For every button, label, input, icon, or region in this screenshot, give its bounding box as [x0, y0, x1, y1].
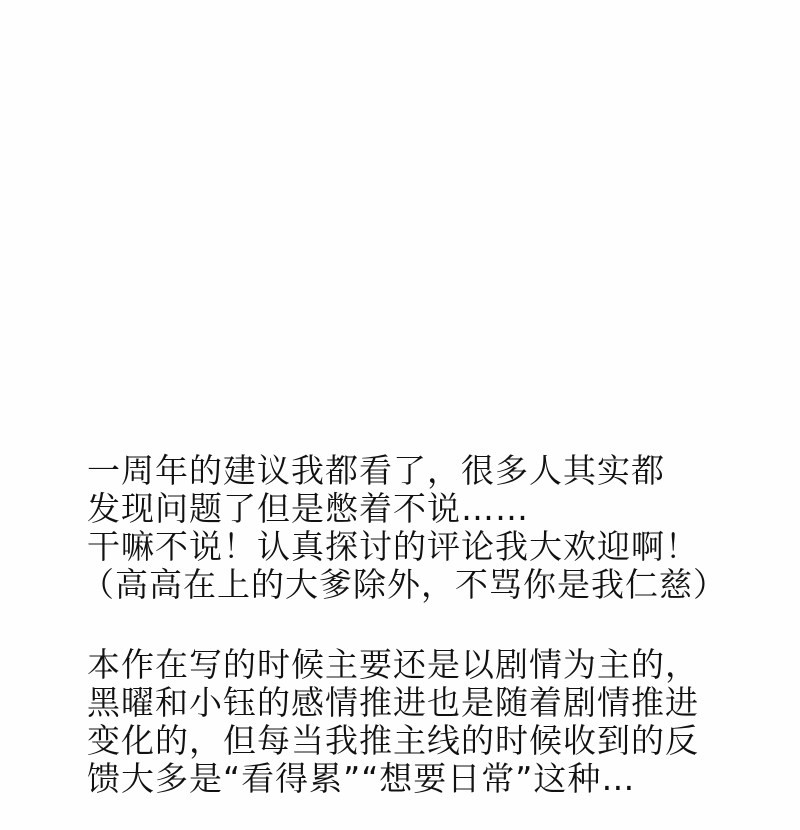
text-line: （高高在上的大爹除外，不骂你是我仁慈）: [81, 566, 787, 604]
paragraph-story-focus: 本作在写的时候主要还是以剧情为主的， 黑曜和小钰的感情推进也是随着剧情推进 变化…: [87, 646, 787, 798]
text-line: 发现问题了但是憋着不说……: [87, 490, 787, 528]
text-line: 一周年的建议我都看了，很多人其实都: [87, 452, 787, 490]
text-line: 本作在写的时候主要还是以剧情为主的，: [87, 646, 787, 684]
text-line: 干嘛不说！认真探讨的评论我大欢迎啊！: [87, 528, 787, 566]
page: 一周年的建议我都看了，很多人其实都 发现问题了但是憋着不说…… 干嘛不说！认真探…: [0, 0, 800, 830]
text-line: 馈大多是“看得累”“想要日常”这种…: [87, 760, 787, 798]
paragraph-anniversary-feedback: 一周年的建议我都看了，很多人其实都 发现问题了但是憋着不说…… 干嘛不说！认真探…: [87, 452, 787, 604]
text-line: 黑曜和小钰的感情推进也是随着剧情推进: [87, 684, 787, 722]
text-line: 变化的，但每当我推主线的时候收到的反: [87, 722, 787, 760]
